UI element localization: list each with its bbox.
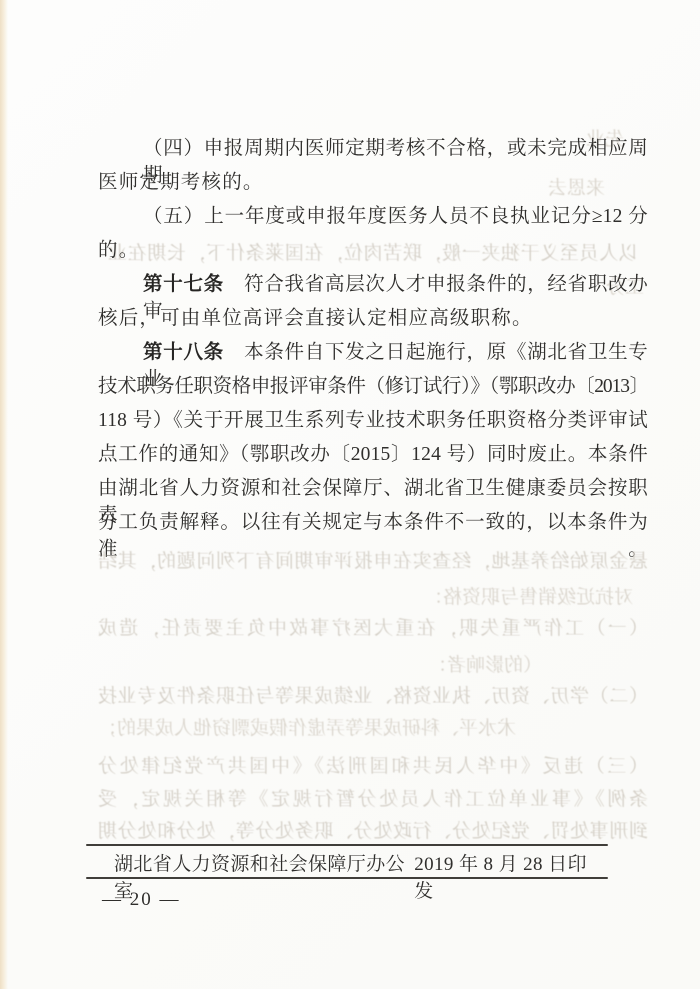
body-text-line: 的。 xyxy=(98,237,648,265)
body-text-line: （四）申报周期内医师定期考核不合格，或未完成相应周期 xyxy=(98,135,648,163)
body-text-line: 分工负责解释。以往有关规定与本条件不一致的，以本条件为准。 xyxy=(98,509,648,537)
page-number: — 20 — xyxy=(102,889,181,911)
body-text-line: （五）上一年度或申报年度医务人员不良执业记分≥12 分 xyxy=(98,203,648,231)
bleedthrough-line: 到刑事处罚、党纪处分、行政处分、职务处分等，处分和处分期 xyxy=(98,820,648,844)
bleedthrough-line: （一）工作严重失职，在重大医疗事故中负主要责任，造成 xyxy=(98,617,648,641)
body-text-line: 技术职务任职资格申报评审条件（修订试行）》（鄂职改办〔2013〕 xyxy=(98,373,648,401)
footer-print-date: 2019 年 8 月 28 日印发 xyxy=(414,849,600,903)
article-18-line: 第十八条 本条件自下发之日起施行，原《湖北省卫生专业 xyxy=(98,339,648,367)
paper-edge-shadow xyxy=(0,0,8,989)
footer-rule-top xyxy=(86,844,608,846)
footer-rule-bottom xyxy=(86,877,608,879)
footer: 湖北省人力资源和社会保障厅办公室 2019 年 8 月 28 日印发 xyxy=(114,849,600,903)
bleedthrough-line: 术水平、科研成果等弄虚作假或剽窃他人成果的； xyxy=(98,717,516,741)
scanned-document-page: 先业 来恩去 以人员至义干独夹一般，联苦肉位，在国莱条什下，长期在业 工分 （四… xyxy=(0,0,700,989)
body-text-line: 医师定期考核的。 xyxy=(98,169,648,197)
article-18-number: 第十八条 xyxy=(143,342,224,363)
bleedthrough-line: 对抗近级销售与职资格： xyxy=(424,586,633,610)
bleedthrough-line: 条例》《事业单位工作人员处分暂行规定》等相关规定，受 xyxy=(98,788,648,812)
body-text-line: 点工作的通知》（鄂职改办〔2015〕124 号）同时废止。本条件 xyxy=(98,441,648,469)
article-17-line: 第十七条 符合我省高层次人才申报条件的，经省职改办审 xyxy=(98,271,648,299)
article-17-number: 第十七条 xyxy=(143,274,224,295)
body-text-line: 核后，可由单位高评会直接认定相应高级职称。 xyxy=(98,305,648,333)
bleedthrough-line: （三）违反《中华人民共和国刑法》《中国共产党纪律处分 xyxy=(98,755,648,779)
bleedthrough-line: （的影响者： xyxy=(428,654,542,678)
bleedthrough-line: （二）学历、资历、执业资格、业绩成果等与任职条件及专业技 xyxy=(98,685,648,709)
body-text-line: 118 号）《关于开展卫生系列专业技术职务任职资格分类评审试 xyxy=(98,407,648,435)
body-text-line: 由湖北省人力资源和社会保障厅、湖北省卫生健康委员会按职责 xyxy=(98,475,648,503)
